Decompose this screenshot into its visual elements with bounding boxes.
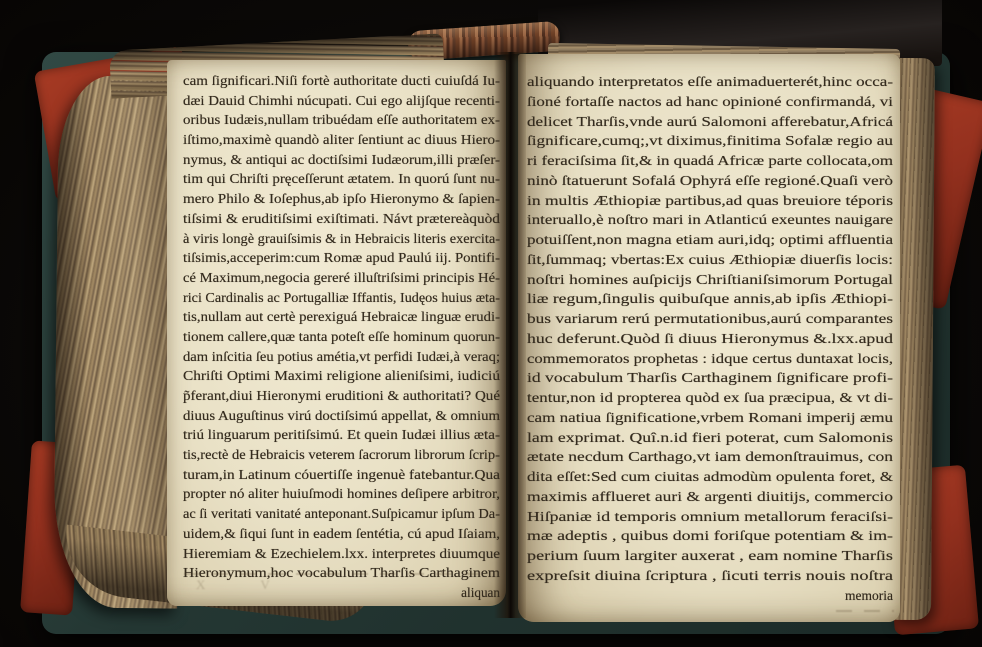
text-line: huc deferunt.Quòd ſi diuus Hieronymus &.… — [527, 329, 893, 349]
text-line: perium ſuum largiter auxerat , eam nomin… — [527, 546, 893, 566]
text-line: iſtimo,maximè quandò aliter ſentiunt ac … — [183, 130, 500, 150]
text-line: cé Maximum,negocia gereré illuſtriſsimi … — [183, 268, 500, 288]
show-through-smudge-left — [184, 573, 492, 575]
text-line: triú linguarum peritiſsimú. Et quein Iud… — [183, 425, 500, 445]
text-line: mæ adeptis , quibus domi foriſque potent… — [527, 526, 893, 546]
text-line: liæ regum,ſingulis quibuſque annis,ab ip… — [527, 289, 893, 309]
text-line: uidem,& ſiqui ſunt in eadem ſentétia, cú… — [183, 524, 500, 544]
text-line: à viris longè grauiſsimis & in Hebraicis… — [183, 229, 500, 249]
text-line: ac ſi veritati vanitaté anteponant.Suſpi… — [183, 504, 500, 524]
text-line: lam exprimat. Quî.n.id fieri poterat, cu… — [527, 428, 893, 448]
text-line: expreſsit diuina ſcriptura , ſicuti terr… — [527, 566, 893, 586]
text-line: tis,rectè de Hebraicis veterem ſacrorum … — [183, 445, 500, 465]
text-line: ri feraciſsima ſit,& in quadá Africæ par… — [527, 151, 893, 171]
text-line: in multis Æthiopiæ partibus,ad quas breu… — [527, 191, 893, 211]
text-line: ſit,ſummaq; vbertas:Ex cuius Æthiopiæ di… — [527, 250, 893, 270]
text-line: diuus Auguſtinus virú doctiſsimú appella… — [183, 406, 500, 426]
text-line: rici Cardinalis ac Portugalliæ Iffantis,… — [183, 288, 500, 308]
text-line: potuiſſent,non magna etiam auri,idq; opt… — [527, 230, 893, 250]
text-line: p̃ferant,diui Hieronymi eruditioni & aut… — [183, 386, 500, 406]
text-line: ninò ſtatuerunt Sofalá Ophyrá eſſe regio… — [527, 171, 893, 191]
text-line: turam,in Latinum cóuertiſſe ingenuè fate… — [183, 465, 500, 485]
book-photo: cam ſignificari.Niſi fortè authoritate d… — [0, 0, 982, 647]
text-line: tionem callere,quæ tanta poteſt eſſe hom… — [183, 327, 500, 347]
text-line: ætate necdum Carthago,vt iam demonſtraui… — [527, 447, 893, 467]
text-line: oribus Iudæis,nullam tribuédam eſſe auth… — [183, 110, 500, 130]
text-line: dæi Dauid Chimhi núcupati. Cui ego alijſ… — [183, 91, 500, 111]
text-line: interuallo,è noſtro mari in Atlanticú ex… — [527, 210, 893, 230]
text-line: dam inſcitia ſeu potius amétia,vt perfid… — [183, 347, 500, 367]
right-catchword: memoria — [527, 586, 893, 606]
text-line: noſtri homines auſpicijs Chriſtianiſsimo… — [527, 270, 893, 290]
signature-mark: X V — [196, 577, 316, 599]
text-line: Hieremiam & Ezechielem.lxx. interpretes … — [183, 544, 500, 564]
right-page-text: aliquando interpretatos eſſe animaduerte… — [527, 72, 893, 605]
text-line: maximis afflueret auri & argenti diuitij… — [527, 487, 893, 507]
text-line: tim qui Chriſti pręceſſerunt ætatem. In … — [183, 169, 500, 189]
text-line: delicet Tharſis,vnde aurú Salomoni affer… — [527, 112, 893, 132]
text-line: Chriſti Optimi Maximi religione alieniſs… — [183, 366, 500, 386]
text-line: commemoratos prophetas : idque certus du… — [527, 349, 893, 369]
show-through-smudge-right — [836, 610, 894, 612]
text-line: cam ſignificari.Niſi fortè authoritate d… — [183, 71, 500, 91]
text-line: bus variarum rerú permutationibus,aurú c… — [527, 309, 893, 329]
left-page-text: cam ſignificari.Niſi fortè authoritate d… — [183, 71, 500, 603]
text-line: cam natiua ſignificatione,vrbem Romani i… — [527, 408, 893, 428]
text-line: tiſsimi & eruditiſsimi exiſtimati. Návt … — [183, 209, 500, 229]
text-line: dita eſſet:Sed cum ciuitas admodùm opule… — [527, 467, 893, 487]
text-line: tis,nullam aut certè perexiguá Hebraicæ … — [183, 307, 500, 327]
right-page-lines: aliquando interpretatos eſſe animaduerte… — [527, 72, 893, 586]
left-page-lines: cam ſignificari.Niſi fortè authoritate d… — [183, 71, 500, 583]
text-line: ſignificare,cumq;,vt diximus,finitima So… — [527, 131, 893, 151]
text-line: mero Philo & Ioſephus,ab ipſo Hieronymo … — [183, 189, 500, 209]
text-line: Hiſpaniæ id temporis omnium metallorum f… — [527, 507, 893, 527]
text-line: ſioné fortaſſe nactos ad hanc opinioné c… — [527, 92, 893, 112]
text-line: tiſsimis,acceperim:cum Romæ apud Paulú i… — [183, 248, 500, 268]
text-line: id vocabulum Tharſis Carthaginem ſignifi… — [527, 368, 893, 388]
text-line: nymus, & antiqui ac doctiſsimi Iudæorum,… — [183, 150, 500, 170]
text-line: tentur,non id propterea quòd ex ſua præc… — [527, 388, 893, 408]
text-line: propter nó aliter huiuſmodi homines deſi… — [183, 484, 500, 504]
text-line: aliquando interpretatos eſſe animaduerte… — [527, 72, 893, 92]
